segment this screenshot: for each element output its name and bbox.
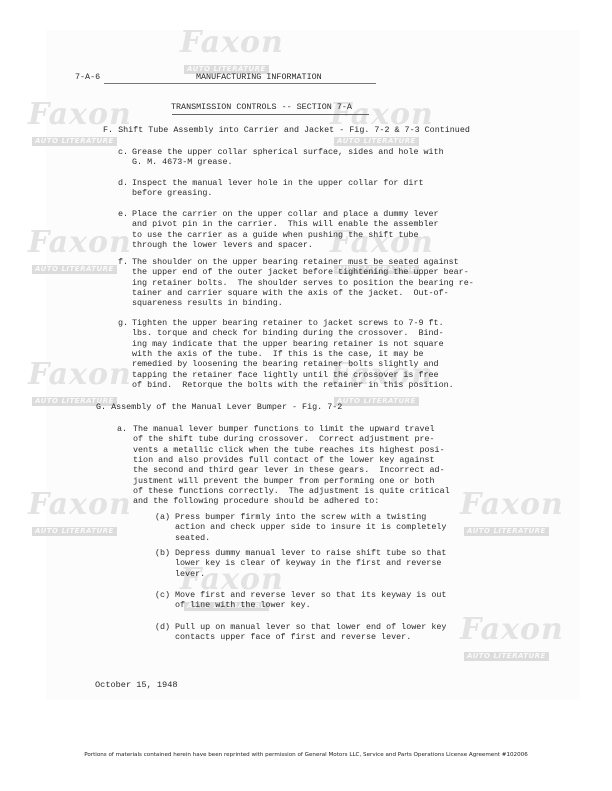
item-g-line: of bind. Retorque the bolts with the ret…	[132, 380, 454, 390]
step-c-label: (c)	[155, 590, 170, 600]
step-b-line: lower key is clear of keyway in the firs…	[175, 558, 441, 568]
item-e-label: e.	[118, 209, 128, 219]
step-b-line: Depress dummy manual lever to raise shif…	[175, 548, 446, 558]
item-a-line: and the following procedure should be ad…	[133, 496, 379, 506]
item-a-line: The manual lever bumper functions to lim…	[133, 424, 435, 434]
step-d-line: Pull up on manual lever so that lower en…	[175, 622, 446, 632]
step-d-line: contacts upper face of first and reverse…	[175, 632, 411, 642]
item-a-line: of the shift tube during crossover. Corr…	[133, 434, 435, 444]
item-a-line: vents a metallic click when the tube rea…	[133, 445, 445, 455]
item-f-line: the upper end of the outer jacket before…	[132, 267, 469, 277]
document-date: October 15, 1948	[95, 680, 178, 690]
item-d-label: d.	[118, 178, 128, 188]
page-number: 7-A-6	[75, 72, 100, 82]
step-a-line: action and check upper side to insure it…	[175, 522, 446, 532]
subsection-f-heading: F. Shift Tube Assembly into Carrier and …	[103, 125, 470, 135]
step-a-line: Press bumper firmly into the screw with …	[175, 512, 426, 522]
item-c-line: Grease the upper collar spherical surfac…	[132, 147, 444, 157]
item-g-line: Tighten the upper bearing retainer to ja…	[132, 318, 444, 328]
running-title: MANUFACTURING INFORMATION	[196, 72, 322, 82]
step-a-label: (a)	[155, 512, 170, 522]
item-a-line: of these functions correctly. The adjust…	[133, 486, 450, 496]
step-d-label: (d)	[155, 622, 170, 632]
item-g-label: g.	[118, 318, 128, 328]
legal-notice: Portions of materials contained herein h…	[0, 752, 612, 758]
item-a-label: a.	[117, 424, 127, 434]
section-title: TRANSMISSION CONTROLS -- SECTION 7-A	[171, 102, 352, 112]
item-f-line: tainer and carrier square with the axis …	[132, 288, 449, 298]
step-c-line: Move first and reverse lever so that its…	[175, 590, 446, 600]
item-e-line: Place the carrier on the upper collar an…	[132, 209, 439, 219]
item-g-line: tapping the retainer face lightly until …	[132, 370, 439, 380]
item-d-line: before greasing.	[132, 188, 212, 198]
item-c-label: c.	[118, 147, 128, 157]
item-a-line: the second and third gear lever in these…	[133, 465, 445, 475]
item-g-line: ing may indicate that the upper bearing …	[132, 339, 444, 349]
item-d-line: Inspect the manual lever hole in the upp…	[132, 178, 424, 188]
header-rule	[104, 83, 376, 84]
step-b-line: lever.	[175, 569, 205, 579]
item-e-line: to use the carrier as a guide when pushi…	[132, 230, 418, 240]
item-e-line: through the lower levers and spacer.	[132, 240, 313, 250]
subsection-g-heading: G. Assembly of the Manual Lever Bumper -…	[96, 402, 342, 412]
step-a-line: seated.	[175, 533, 210, 543]
item-f-label: f.	[118, 257, 128, 267]
item-g-line: remedied by loosening the bearing retain…	[132, 359, 439, 369]
section-title-underline	[172, 114, 369, 115]
item-g-line: lbs. torque and check for binding during…	[132, 328, 444, 338]
item-a-line: justment will prevent the bumper from pe…	[133, 476, 435, 486]
item-e-line: and pivot pin in the carrier. This will …	[132, 219, 439, 229]
item-f-line: squareness results in binding.	[132, 298, 283, 308]
step-c-line: of line with the lower key.	[175, 600, 311, 610]
item-c-line: G. M. 4673-M grease.	[132, 157, 233, 167]
item-a-line: tion and also provides full contact of t…	[133, 455, 435, 465]
item-f-line: ing retainer bolts. The shoulder serves …	[132, 278, 474, 288]
step-b-label: (b)	[155, 548, 170, 558]
item-f-line: The shoulder on the upper bearing retain…	[132, 257, 459, 267]
item-g-line: with the axis of the tube. If this is th…	[132, 349, 424, 359]
